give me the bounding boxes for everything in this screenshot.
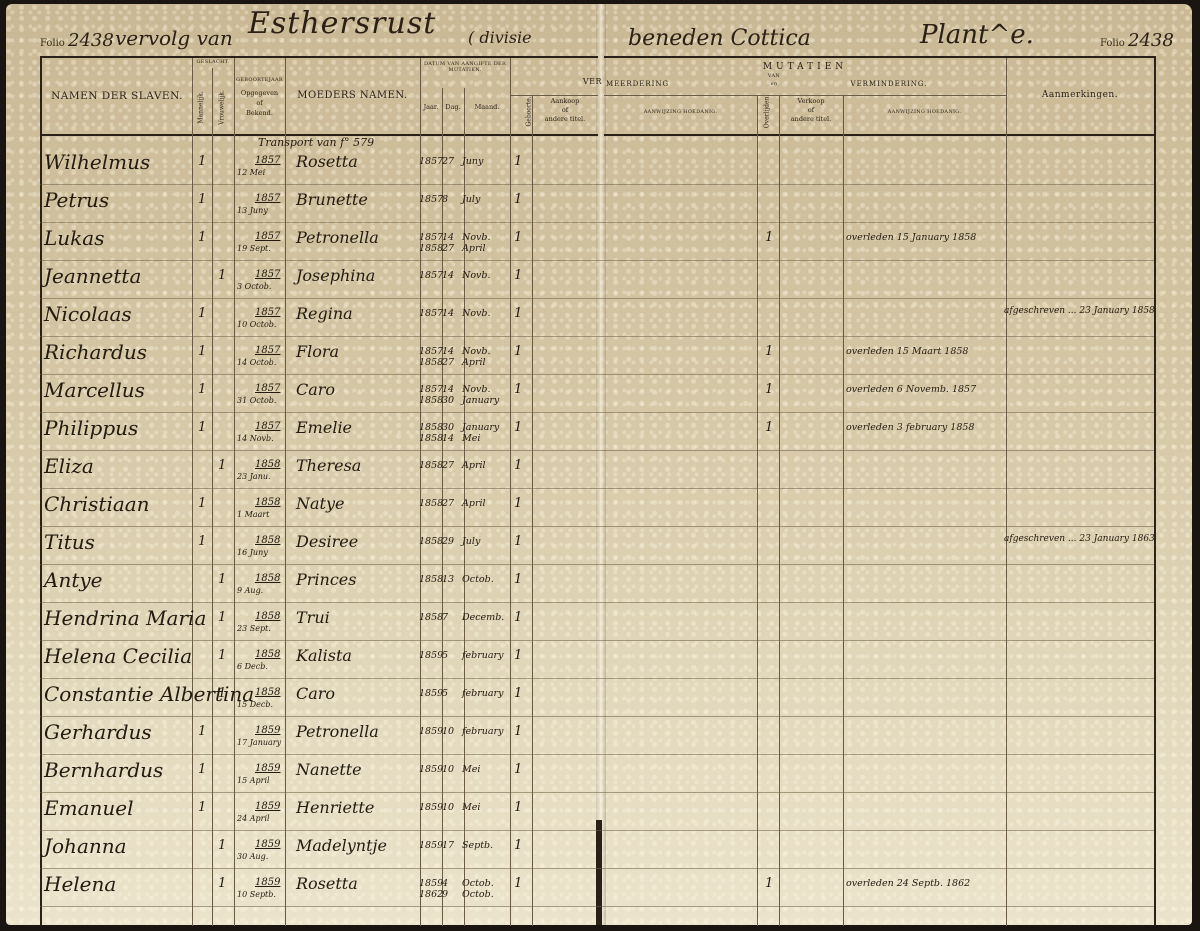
row-rule bbox=[40, 830, 1154, 831]
header-jaar: Jaar. bbox=[420, 104, 442, 111]
cell-jaar: 1859 bbox=[419, 726, 443, 737]
cell-name: Hendrina Maria bbox=[44, 606, 206, 630]
cell-birth: 6 Decb. bbox=[237, 662, 268, 671]
cell-year: 1858 bbox=[255, 611, 280, 622]
cell-year: 1858 bbox=[255, 573, 280, 584]
col-line bbox=[843, 96, 844, 926]
cell-name: Christiaan bbox=[44, 492, 150, 516]
cell-maand: Novb. bbox=[462, 232, 491, 243]
cell-mother: Rosetta bbox=[296, 152, 358, 171]
cell-dag2: 14 bbox=[442, 433, 454, 444]
cell-mother: Trui bbox=[296, 608, 330, 627]
cell-jaar2: 1858 bbox=[419, 395, 443, 406]
cell-m: 1 bbox=[198, 306, 206, 321]
cell-aanwijzing: overleden 24 Septb. 1862 bbox=[846, 878, 970, 889]
cell-dag: 17 bbox=[442, 840, 454, 851]
cell-maand: Mei bbox=[462, 764, 480, 775]
heading-plantage: Plant^e. bbox=[920, 20, 1034, 50]
col-line bbox=[510, 58, 511, 926]
cell-dag: 27 bbox=[442, 460, 454, 471]
cell-birth: 19 Sept. bbox=[237, 244, 271, 253]
cell-maand2: April bbox=[462, 357, 486, 368]
cell-dag: 10 bbox=[442, 726, 454, 737]
cell-dag: 13 bbox=[442, 574, 454, 585]
cell-m: 1 bbox=[198, 344, 206, 359]
cell-dag2: 27 bbox=[442, 357, 454, 368]
row-rule bbox=[40, 906, 1154, 907]
cell-dag: 14 bbox=[442, 308, 454, 319]
cell-jaar: 1859 bbox=[419, 840, 443, 851]
cell-maand: Novb. bbox=[462, 270, 491, 281]
cell-birth: 15 Decb. bbox=[237, 700, 273, 709]
row-rule bbox=[40, 222, 1154, 223]
cell-year: 1857 bbox=[255, 345, 280, 356]
cell-dag: 27 bbox=[442, 156, 454, 167]
cell-overlijden: 1 bbox=[765, 420, 773, 435]
cell-birth: 12 Mei bbox=[237, 168, 265, 177]
cell-dag: 5 bbox=[442, 688, 448, 699]
cell-year: 1858 bbox=[255, 459, 280, 470]
row-rule bbox=[40, 450, 1154, 451]
cell-jaar: 1857 bbox=[419, 384, 443, 395]
row-rule bbox=[40, 602, 1154, 603]
col-line bbox=[285, 58, 286, 926]
cell-maand: Novb. bbox=[462, 346, 491, 357]
cell-overlijden: 1 bbox=[765, 382, 773, 397]
cell-geboorte: 1 bbox=[514, 838, 522, 853]
cell-dag: 8 bbox=[442, 194, 448, 205]
cell-dag2: 27 bbox=[442, 243, 454, 254]
cell-mother: Natye bbox=[296, 494, 344, 513]
cell-maand: April bbox=[462, 460, 486, 471]
cell-aanwijzing: overleden 6 Novemb. 1857 bbox=[846, 384, 976, 395]
folio-left: Folio 2438 bbox=[40, 30, 114, 51]
cell-geboorte: 1 bbox=[514, 724, 522, 739]
header-moeders: MOEDERS NAMEN. bbox=[285, 90, 420, 102]
cell-maand2: January bbox=[462, 395, 499, 406]
cell-maand: february bbox=[462, 726, 503, 737]
col-line bbox=[212, 68, 213, 926]
header-bekend: Bekend. bbox=[234, 110, 285, 117]
row-rule bbox=[40, 564, 1154, 565]
cell-v: 1 bbox=[218, 648, 226, 663]
cell-birth: 9 Aug. bbox=[237, 586, 263, 595]
cell-jaar: 1857 bbox=[419, 270, 443, 281]
cell-birth: 23 Sept. bbox=[237, 624, 271, 633]
cell-name: Helena bbox=[44, 872, 116, 896]
header-mutatien: MUTATIEN bbox=[604, 62, 1006, 72]
cell-maand: July bbox=[462, 536, 480, 547]
cell-jaar: 1858 bbox=[419, 498, 443, 509]
cell-jaar: 1858 bbox=[419, 422, 443, 433]
cell-mother: Brunette bbox=[296, 190, 368, 209]
cell-year: 1858 bbox=[255, 649, 280, 660]
cell-aanwijzing: overleden 15 Maart 1858 bbox=[846, 346, 968, 357]
cell-year: 1857 bbox=[255, 155, 280, 166]
cell-geboorte: 1 bbox=[514, 572, 522, 587]
row-rule bbox=[40, 488, 1154, 489]
row-rule bbox=[40, 184, 1154, 185]
cell-name: Marcellus bbox=[44, 378, 145, 402]
cell-maand: Septb. bbox=[462, 840, 493, 851]
cell-dag: 14 bbox=[442, 384, 454, 395]
cell-v: 1 bbox=[218, 876, 226, 891]
cell-maand: Octob. bbox=[462, 878, 494, 889]
cell-mother: Rosetta bbox=[296, 874, 358, 893]
folio-label: Folio bbox=[1100, 38, 1125, 49]
cell-v: 1 bbox=[218, 268, 226, 283]
cell-v: 1 bbox=[218, 686, 226, 701]
cell-maand: Decemb. bbox=[462, 612, 504, 623]
cell-maand: february bbox=[462, 688, 503, 699]
cell-dag: 14 bbox=[442, 346, 454, 357]
cell-geboorte: 1 bbox=[514, 762, 522, 777]
cell-geboorte: 1 bbox=[514, 154, 522, 169]
cell-geboorte: 1 bbox=[514, 800, 522, 815]
cell-name: Richardus bbox=[44, 340, 147, 364]
cell-geboorte: 1 bbox=[514, 306, 522, 321]
cell-birth: 13 Juny bbox=[237, 206, 268, 215]
cell-name: Bernhardus bbox=[44, 758, 163, 782]
cell-birth: 23 Janu. bbox=[237, 472, 271, 481]
cell-m: 1 bbox=[198, 534, 206, 549]
cell-name: Lukas bbox=[44, 226, 104, 250]
row-rule bbox=[40, 260, 1154, 261]
col-line bbox=[234, 58, 235, 926]
cell-birth: 14 Novb. bbox=[237, 434, 274, 443]
header-mannelijk: Mannelijk. bbox=[199, 79, 206, 135]
cell-year: 1859 bbox=[255, 725, 280, 736]
cell-mother: Flora bbox=[296, 342, 339, 361]
cell-dag: 10 bbox=[442, 764, 454, 775]
cell-m: 1 bbox=[198, 800, 206, 815]
cell-jaar: 1858 bbox=[419, 574, 443, 585]
header-divider bbox=[604, 134, 1154, 136]
row-rule bbox=[40, 412, 1154, 413]
cell-dag: 10 bbox=[442, 802, 454, 813]
cell-jaar: 1859 bbox=[419, 764, 443, 775]
row-rule bbox=[40, 336, 1154, 337]
cell-name: Gerhardus bbox=[44, 720, 152, 744]
cell-birth: 16 Juny bbox=[237, 548, 268, 557]
cell-year: 1858 bbox=[255, 687, 280, 698]
cell-geboorte: 1 bbox=[514, 268, 522, 283]
heading-plantation: Esthersrust bbox=[248, 6, 436, 41]
cell-birth: 3 Octob. bbox=[237, 282, 271, 291]
cell-name: Helena Cecilia bbox=[44, 644, 192, 668]
cell-dag: 27 bbox=[442, 498, 454, 509]
cell-jaar: 1857 bbox=[419, 194, 443, 205]
cell-birth: 24 April bbox=[237, 814, 270, 823]
cell-m: 1 bbox=[198, 154, 206, 169]
cell-year: 1857 bbox=[255, 193, 280, 204]
cell-dag: 5 bbox=[442, 650, 448, 661]
header-aanwijzing-ver: AANWIJZING HOEDANIG. bbox=[843, 110, 1006, 116]
cell-m: 1 bbox=[198, 382, 206, 397]
cell-aanwijzing: overleden 3 february 1858 bbox=[846, 422, 974, 433]
header-geboortejaar: GEBOORTEJAAR bbox=[234, 78, 285, 84]
cell-year: 1859 bbox=[255, 839, 280, 850]
header-aankoop: Aankoop bbox=[532, 98, 598, 105]
cell-jaar: 1857 bbox=[419, 346, 443, 357]
header-aanmerkingen: Aanmerkingen. bbox=[1006, 90, 1154, 100]
cell-year: 1859 bbox=[255, 801, 280, 812]
cell-jaar2: 1858 bbox=[419, 433, 443, 444]
row-rule bbox=[40, 374, 1154, 375]
cell-birth: 31 Octob. bbox=[237, 396, 276, 405]
cell-year: 1857 bbox=[255, 383, 280, 394]
cell-year: 1857 bbox=[255, 421, 280, 432]
cell-maand: January bbox=[462, 422, 499, 433]
heading-prefix: vervolg van bbox=[115, 26, 233, 50]
cell-geboorte: 1 bbox=[514, 192, 522, 207]
cell-v: 1 bbox=[218, 572, 226, 587]
cell-jaar: 1859 bbox=[419, 650, 443, 661]
cell-maand: Juny bbox=[462, 156, 483, 167]
col-line bbox=[532, 96, 533, 926]
cell-jaar: 1858 bbox=[419, 460, 443, 471]
cell-maand2: Octob. bbox=[462, 889, 494, 900]
cell-year: 1859 bbox=[255, 763, 280, 774]
cell-maand: Novb. bbox=[462, 308, 491, 319]
col-line bbox=[757, 96, 758, 926]
cell-birth: 1 Maart bbox=[237, 510, 269, 519]
header-vermindering: VERMINDERING. bbox=[814, 80, 964, 88]
cell-overlijden: 1 bbox=[765, 344, 773, 359]
transport-note: Transport van f° 579 bbox=[258, 136, 374, 149]
right-register-table: MUTATIEN VAN en MEERDERING VERMINDERING.… bbox=[604, 56, 1156, 926]
cell-birth: 30 Aug. bbox=[237, 852, 268, 861]
cell-geboorte: 1 bbox=[514, 458, 522, 473]
header-aankoop-titel: andere titel. bbox=[532, 116, 598, 123]
cell-mother: Kalista bbox=[296, 646, 352, 665]
cell-v: 1 bbox=[218, 610, 226, 625]
cell-jaar: 1859 bbox=[419, 688, 443, 699]
cell-dag: 14 bbox=[442, 232, 454, 243]
cell-geboorte: 1 bbox=[514, 686, 522, 701]
cell-geboorte: 1 bbox=[514, 648, 522, 663]
cell-mother: Emelie bbox=[296, 418, 352, 437]
heading-location: beneden Cottica bbox=[628, 26, 811, 51]
cell-mother: Henriette bbox=[296, 798, 374, 817]
header-vrouwelijk: Vrouwelijk. bbox=[220, 79, 227, 135]
cell-year: 1857 bbox=[255, 269, 280, 280]
cell-m: 1 bbox=[198, 762, 206, 777]
cell-name: Philippus bbox=[44, 416, 138, 440]
header-geslacht: GESLACHT. bbox=[192, 60, 234, 66]
folio-number: 2438 bbox=[68, 30, 114, 51]
cell-name: Johanna bbox=[44, 834, 127, 858]
cell-m: 1 bbox=[198, 420, 206, 435]
header-aanwijzing-meer: AANWIJZING HOEDANIG. bbox=[604, 110, 757, 116]
cell-year: 1857 bbox=[255, 307, 280, 318]
cell-dag: 14 bbox=[442, 270, 454, 281]
cell-name: Nicolaas bbox=[44, 302, 132, 326]
cell-m: 1 bbox=[198, 230, 206, 245]
row-rule bbox=[40, 792, 1154, 793]
row-rule bbox=[40, 526, 1154, 527]
cell-opmerking: afgeschreven ... 23 January 1863 bbox=[1004, 534, 1155, 544]
cell-dag2: 9 bbox=[442, 889, 448, 900]
cell-name: Wilhelmus bbox=[44, 150, 150, 174]
cell-m: 1 bbox=[198, 192, 206, 207]
row-rule bbox=[40, 640, 1154, 641]
cell-geboorte: 1 bbox=[514, 344, 522, 359]
cell-year: 1859 bbox=[255, 877, 280, 888]
cell-jaar2: 1858 bbox=[419, 243, 443, 254]
cell-m: 1 bbox=[198, 496, 206, 511]
row-rule bbox=[40, 678, 1154, 679]
cell-birth: 17 January bbox=[237, 738, 281, 747]
header-overlijden: Overlijden. bbox=[765, 93, 772, 129]
cell-dag2: 30 bbox=[442, 395, 454, 406]
cell-maand: Octob. bbox=[462, 574, 494, 585]
cell-mother: Theresa bbox=[296, 456, 361, 475]
cell-geboorte: 1 bbox=[514, 610, 522, 625]
cell-jaar: 1858 bbox=[419, 612, 443, 623]
header-verkoop-of: of bbox=[779, 107, 843, 114]
header-dag: Dag. bbox=[442, 104, 464, 111]
cell-mother: Petronella bbox=[296, 228, 379, 247]
col-line bbox=[420, 58, 421, 926]
row-rule bbox=[40, 298, 1154, 299]
cell-jaar2: 1862 bbox=[419, 889, 443, 900]
cell-jaar: 1857 bbox=[419, 156, 443, 167]
cell-birth: 10 Septb. bbox=[237, 890, 276, 899]
header-datum: DATUM VAN AANGIFTE DER MUTATIEN. bbox=[422, 62, 508, 74]
cell-mother: Caro bbox=[296, 380, 335, 399]
cell-jaar: 1859 bbox=[419, 878, 443, 889]
cell-name: Eliza bbox=[44, 454, 94, 478]
cell-birth: 10 Octob. bbox=[237, 320, 276, 329]
cell-mother: Petronella bbox=[296, 722, 379, 741]
cell-geboorte: 1 bbox=[514, 534, 522, 549]
cell-jaar: 1859 bbox=[419, 802, 443, 813]
cell-maand: Novb. bbox=[462, 384, 491, 395]
header-verkoop-titel: andere titel. bbox=[779, 116, 843, 123]
cell-name: Jeannetta bbox=[44, 264, 141, 288]
cell-jaar: 1857 bbox=[419, 232, 443, 243]
folio-right: Folio 2438 bbox=[1100, 30, 1174, 51]
cell-overlijden: 1 bbox=[765, 876, 773, 891]
cell-maand: Mei bbox=[462, 802, 480, 813]
cell-mother: Princes bbox=[296, 570, 356, 589]
cell-geboorte: 1 bbox=[514, 420, 522, 435]
header-ver: VER bbox=[562, 77, 602, 86]
cell-year: 1857 bbox=[255, 231, 280, 242]
cell-v: 1 bbox=[218, 458, 226, 473]
row-rule bbox=[40, 716, 1154, 717]
cell-birth: 15 April bbox=[237, 776, 270, 785]
cell-jaar2: 1858 bbox=[419, 357, 443, 368]
cell-mother: Desiree bbox=[296, 532, 358, 551]
cell-maand: february bbox=[462, 650, 503, 661]
cell-mother: Regina bbox=[296, 304, 353, 323]
header-maand: Maand. bbox=[464, 104, 510, 111]
cell-year: 1858 bbox=[255, 497, 280, 508]
cell-name: Emanuel bbox=[44, 796, 133, 820]
cell-name: Antye bbox=[44, 568, 103, 592]
cell-v: 1 bbox=[218, 838, 226, 853]
cell-mother: Nanette bbox=[296, 760, 362, 779]
cell-geboorte: 1 bbox=[514, 496, 522, 511]
cell-mother: Madelyntje bbox=[296, 836, 387, 855]
cell-dag: 4 bbox=[442, 878, 448, 889]
cell-dag: 7 bbox=[442, 612, 448, 623]
cell-m: 1 bbox=[198, 724, 206, 739]
col-line bbox=[779, 96, 780, 926]
heading-division: ( divisie bbox=[468, 28, 532, 47]
cell-year: 1858 bbox=[255, 535, 280, 546]
cell-dag: 30 bbox=[442, 422, 454, 433]
cell-jaar: 1857 bbox=[419, 308, 443, 319]
cell-mother: Josephina bbox=[296, 266, 375, 285]
header-verkoop: Verkoop bbox=[779, 98, 843, 105]
cell-maand: July bbox=[462, 194, 480, 205]
header-of: of bbox=[234, 100, 285, 107]
header-namen: NAMEN DER SLAVEN. bbox=[42, 90, 192, 102]
row-rule bbox=[40, 868, 1154, 869]
cell-mother: Caro bbox=[296, 684, 335, 703]
cell-geboorte: 1 bbox=[514, 230, 522, 245]
cell-maand: April bbox=[462, 498, 486, 509]
col-line bbox=[1006, 58, 1007, 926]
cell-aanwijzing: overleden 15 January 1858 bbox=[846, 232, 976, 243]
col-line bbox=[192, 58, 193, 926]
header-opgegeven: Opgegeven bbox=[234, 90, 285, 97]
cell-birth: 14 Octob. bbox=[237, 358, 276, 367]
cell-geboorte: 1 bbox=[514, 876, 522, 891]
cell-overlijden: 1 bbox=[765, 230, 773, 245]
header-meerdering: MEERDERING bbox=[606, 80, 696, 88]
cell-name: Petrus bbox=[44, 188, 109, 212]
sub-header-line bbox=[604, 95, 1006, 96]
cell-dag: 29 bbox=[442, 536, 454, 547]
sub-header-line bbox=[510, 95, 598, 96]
cell-name: Titus bbox=[44, 530, 95, 554]
cell-maand2: April bbox=[462, 243, 486, 254]
header-en: en bbox=[744, 82, 804, 88]
cell-opmerking: afgeschreven ... 23 January 1858 bbox=[1004, 306, 1155, 316]
cell-jaar: 1858 bbox=[419, 536, 443, 547]
row-rule bbox=[40, 754, 1154, 755]
header-van: VAN bbox=[744, 74, 804, 80]
cell-maand2: Mei bbox=[462, 433, 480, 444]
folio-label: Folio bbox=[40, 38, 65, 49]
folio-number: 2438 bbox=[1128, 30, 1174, 51]
header-aankoop-of: of bbox=[532, 107, 598, 114]
cell-geboorte: 1 bbox=[514, 382, 522, 397]
